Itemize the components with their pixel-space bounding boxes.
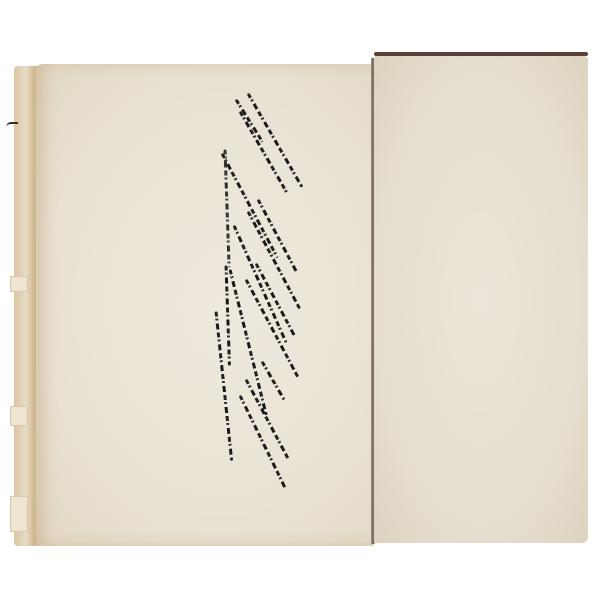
script-line	[235, 99, 264, 143]
script-line	[215, 311, 234, 460]
manuscript-photo: Open manuscript book Photograph of an op…	[0, 0, 600, 600]
calligraphy-text	[0, 0, 600, 600]
script-line	[261, 361, 286, 401]
script-line	[225, 265, 231, 365]
script-line	[255, 263, 297, 339]
